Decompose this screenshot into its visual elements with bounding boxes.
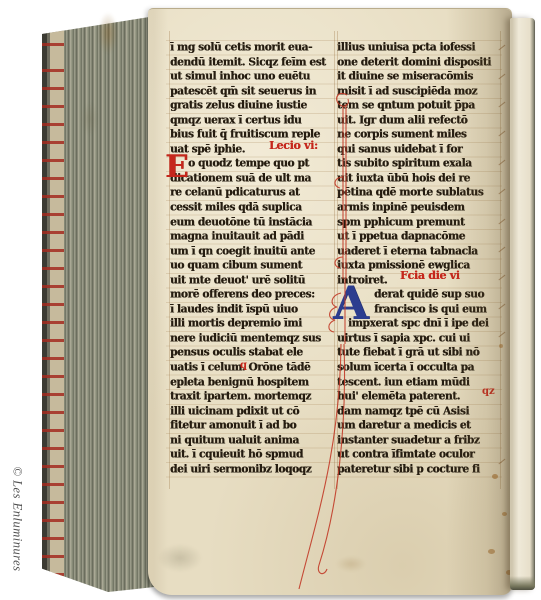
manuscript-text-line: tute fiebat ī grā ut sibi nō [337, 345, 501, 360]
manuscript-text-line: tem se qntum potuit p̄pa [337, 98, 501, 113]
manuscript-text-line: qmqz uerax ī certus idu [170, 113, 336, 128]
manuscript-text-line: cessit miles qdā suplica [170, 200, 336, 215]
manuscript-text-line: uo quam cibum sument [170, 258, 336, 273]
text-column-left: ī mg solū cetis morit eua-dendū itemit. … [170, 40, 336, 476]
rubric-lectio: Lecio vi: [269, 139, 318, 152]
manuscript-text-line: um ī qn coegit inuitū ante [170, 244, 336, 259]
manuscript-text-line: ne corpis sument miles [337, 127, 501, 142]
manuscript-text-line: dam namqz tpē cū Asisi [337, 404, 501, 419]
manuscript-text-line: um daretur a medicis et [337, 418, 501, 433]
manuscript-text-line: uaderet ī eterna tabnacla [337, 244, 501, 259]
manuscript-text-line: gratis zelus diuine iustie [170, 98, 336, 113]
manuscript-text-line: eum deuotōne tū instācia [170, 215, 336, 230]
manuscript-text-line: uirtus ī sapia xpc. cui ui [337, 331, 501, 346]
manuscript-text-line: tescent. iun etiam mūdi [337, 375, 501, 390]
text-column-right: illius uniuisa pcta iofessione deterit d… [337, 40, 501, 476]
manuscript-text-line: pensus oculis stabat ele [170, 345, 336, 360]
manuscript-text-line: qui sanus uidebat ī for [337, 142, 501, 157]
manuscript-text-line: it diuine se miseracōmis [337, 69, 501, 84]
manuscript-text-line: epleta benignū hospitem [170, 375, 336, 390]
manuscript-text-line: uit. ī cquieuit hō spmud [170, 447, 336, 462]
red-initial-letter: E [165, 152, 189, 183]
manuscript-text-line: magna inuitauit ad pādi [170, 229, 336, 244]
manuscript-text-line: uit iuxta ūbū hois dei re [337, 171, 501, 186]
manuscript-text-line: nere iudiciū mentemqz sus [170, 331, 336, 346]
manuscript-text-line: ī mg solū cetis morit eua- [170, 40, 336, 55]
manuscript-text-line: patescēt qm̄ sit seuerus in [170, 84, 336, 99]
manuscript-text-line: ī laudes indit īspū uiuo [170, 302, 336, 317]
manuscript-text-line: spm pphicum premunt [337, 215, 501, 230]
manuscript-text-line: dicationem suā de ult ma [170, 171, 336, 186]
manuscript-text-line: instanter suadetur a fribz [337, 433, 501, 448]
manuscript-text-line: misit ī ad suscipiēda moz [337, 84, 501, 99]
manuscript-text-line: ut ī ppetua dapnacōme [337, 229, 501, 244]
manuscript-book: ī mg solū cetis morit eua-dendū itemit. … [40, 4, 536, 596]
manuscript-text-line: fitetur amonuit ī ad bo [170, 418, 336, 433]
manuscript-text-line: pētina qdē morte sublatus [337, 185, 501, 200]
facing-page-edge [510, 18, 535, 590]
book-page-edges [42, 8, 162, 592]
rubric-feria: Fcia die vi [400, 269, 460, 282]
manuscript-text-line: dendū itemit. Sicqz feīm est [170, 55, 336, 70]
manuscript-text-line: illius uniuisa pcta iofessi [337, 40, 501, 55]
manuscript-text-line: ni quitum ualuit anima [170, 433, 336, 448]
manuscript-text-line: uit. Igr dum alii refectō [337, 113, 501, 128]
manuscript-text-line: armis inpinē peuisdem [337, 200, 501, 215]
manuscript-text-line: pateretur sibi p cocture fi [337, 462, 501, 477]
manuscript-page: ī mg solū cetis morit eua-dendū itemit. … [148, 8, 512, 595]
manuscript-text-line: ut contra īfimtate oculor [337, 447, 501, 462]
manuscript-text-line: solum īcerta ī occulta pa [337, 360, 501, 375]
photo-background: © Les Enluminures ī mg solū cetis morit … [0, 0, 541, 600]
manuscript-text-line: uatis ī celum. Orōne tādē [170, 360, 336, 375]
red-paraph-mark: q [240, 360, 247, 371]
manuscript-text-line: illi mortis depremio īmi [170, 316, 336, 331]
manuscript-text-line: traxit ipartem. mortemqz [170, 389, 336, 404]
book-fore-edge-strip [42, 8, 64, 592]
manuscript-text-line: illi uicinam pdixit ut cō [170, 404, 336, 419]
manuscript-text-line: morē offerens deo preces: [170, 287, 336, 302]
manuscript-text-line: re celanū pdicaturus at [170, 185, 336, 200]
manuscript-text-line: ut simul inhoc uno euētu [170, 69, 336, 84]
manuscript-text-line: o quodz tempe quo pt [170, 156, 336, 171]
manuscript-text-line: one deterit domini dispositi [337, 55, 501, 70]
red-paraph-mark: qz [482, 386, 495, 397]
blue-initial-letter: A [333, 280, 369, 326]
manuscript-text-line: uit mte deuot' urē solitū [170, 273, 336, 288]
manuscript-text-line: hui' elemēta paterent. [337, 389, 501, 404]
manuscript-text-line: tis subito spiritum exala [337, 156, 501, 171]
manuscript-text-line: dei uiri sermonibz loqoqz [170, 462, 336, 477]
copyright-watermark: © Les Enluminures [10, 466, 25, 571]
